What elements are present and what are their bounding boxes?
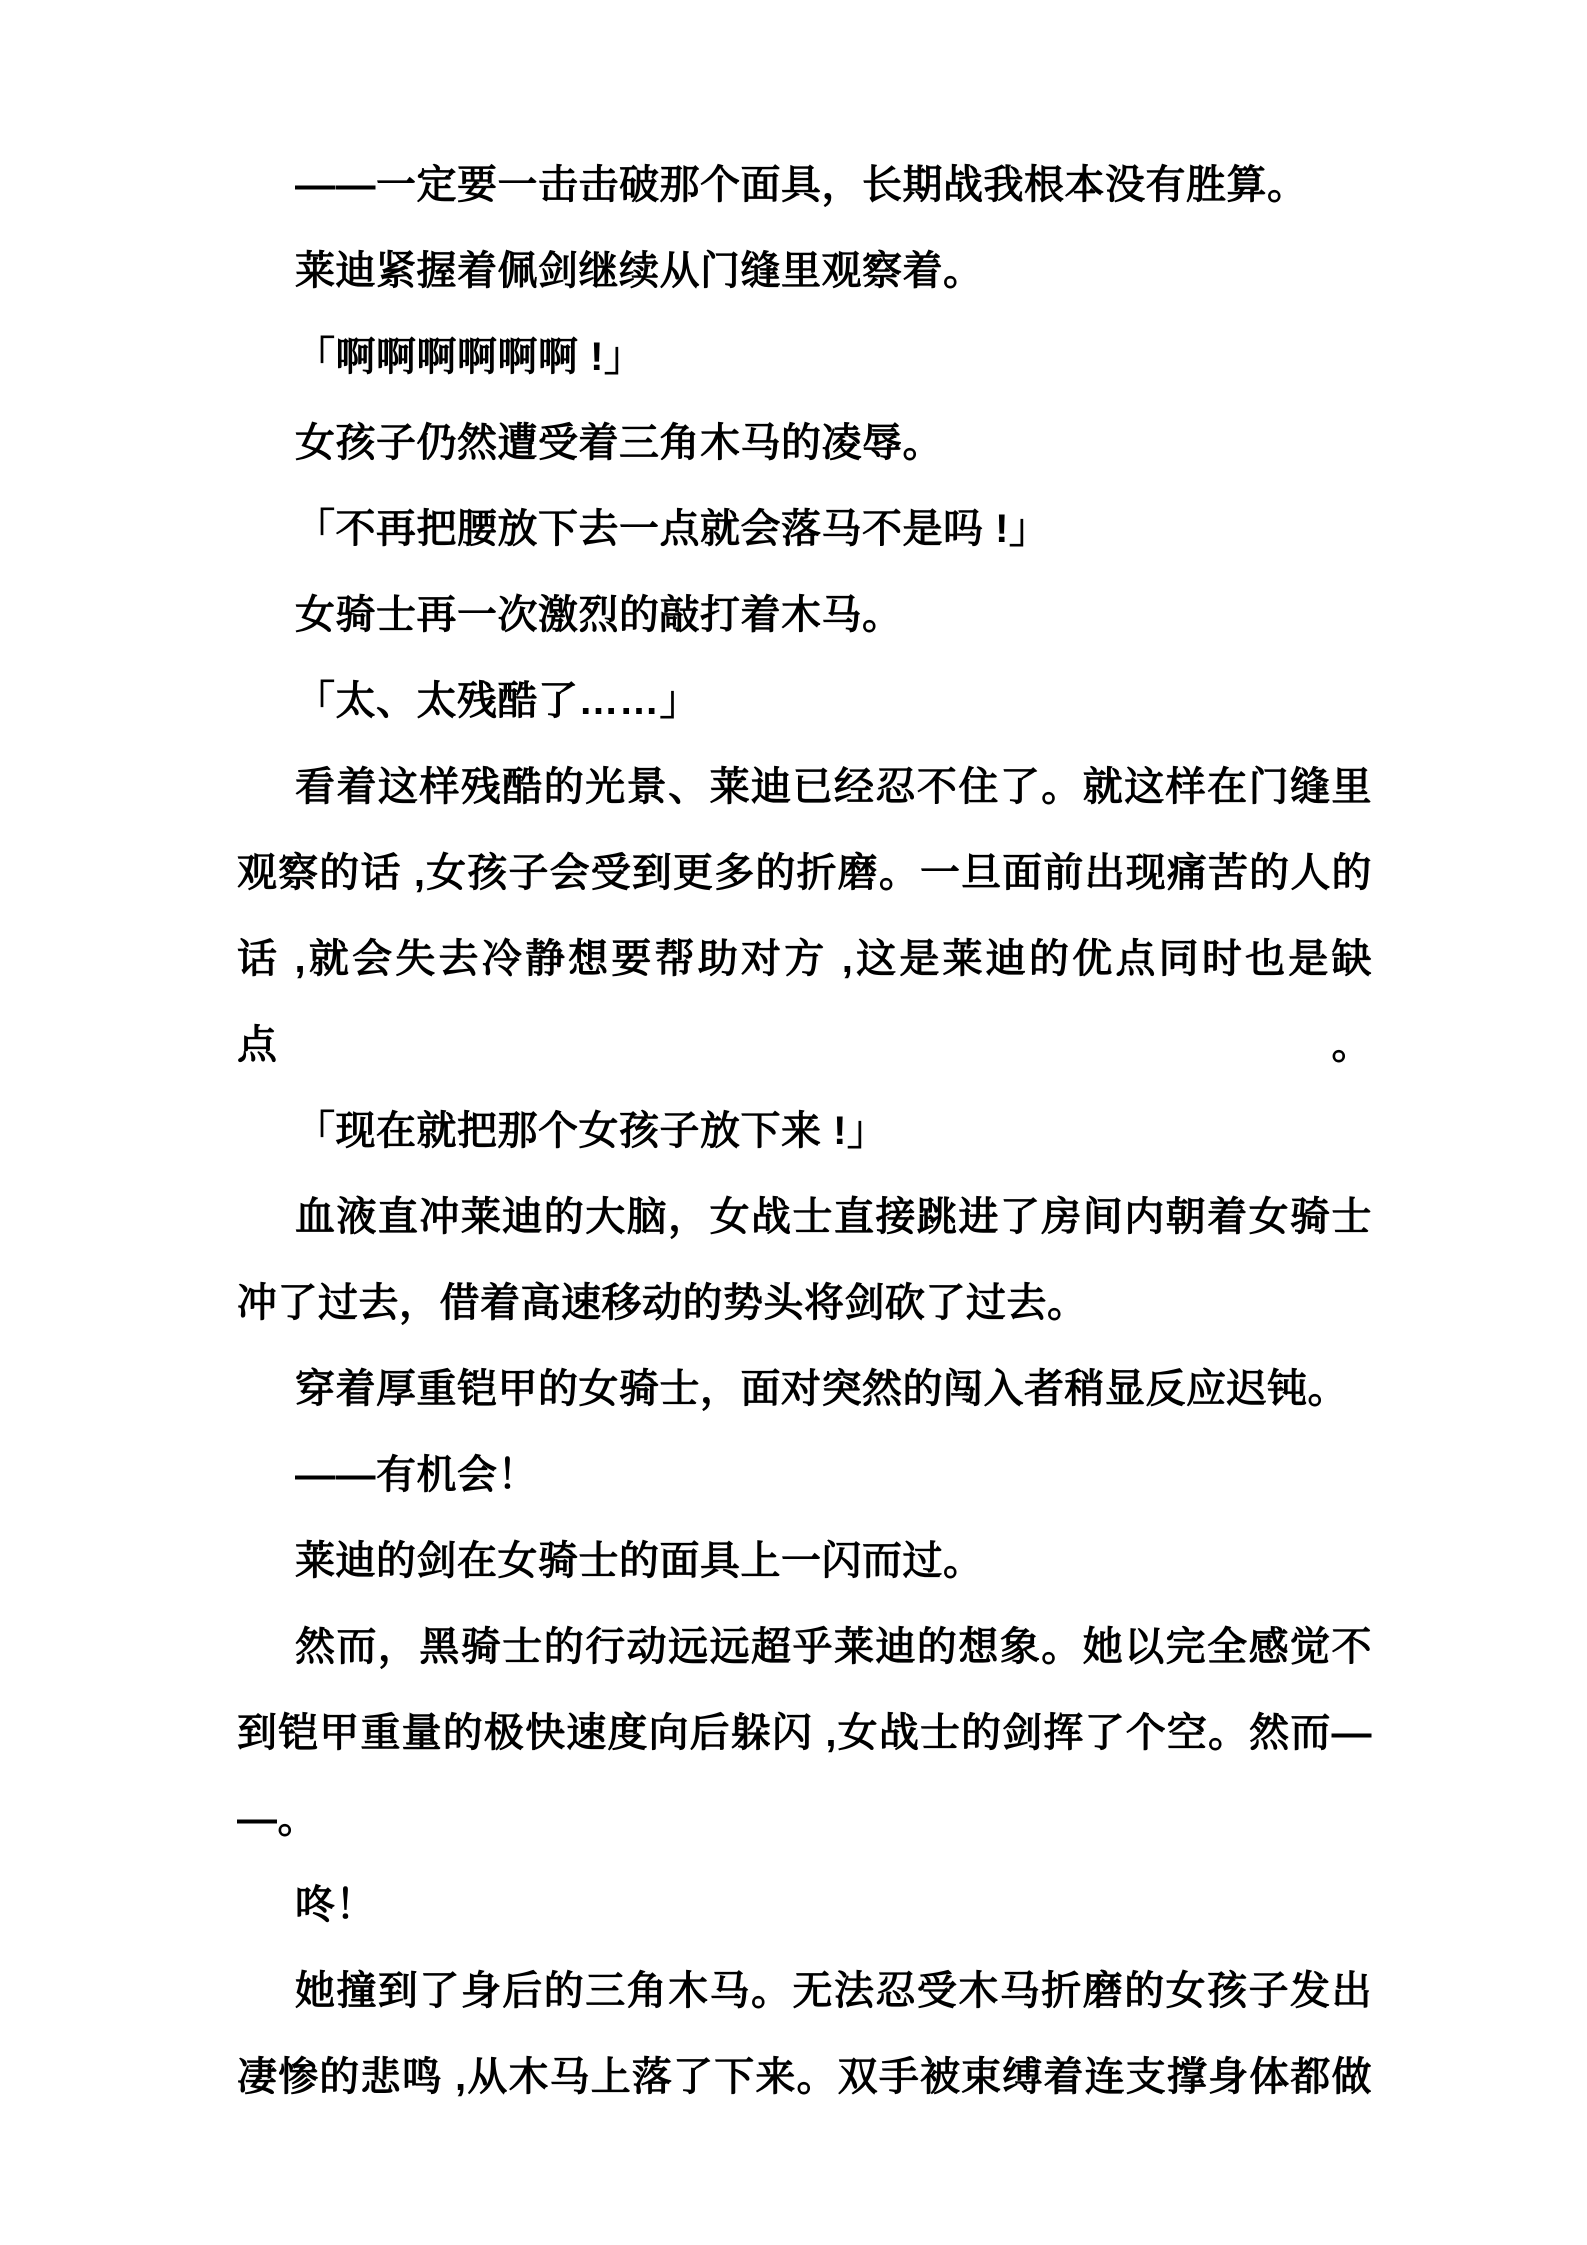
text-line: 「不再把腰放下去一点就会落马不是吗 !」 [237, 486, 1372, 572]
text-line: ——有机会！ [237, 1432, 1372, 1518]
text-line: 到铠甲重量的极快速度向后躲闪 ,女战士的剑挥了个空。然而— [237, 1690, 1372, 1776]
text-line: 凄惨的悲鸣 ,从木马上落了下来。双手被束缚着连支撑身体都做 [237, 2034, 1372, 2120]
text-line: 咚！ [237, 1862, 1372, 1948]
text-line: 「啊啊啊啊啊啊 !」 [237, 314, 1372, 400]
text-line: 莱迪的剑在女骑士的面具上一闪而过。 [237, 1518, 1372, 1604]
text-line: 看着这样残酷的光景、莱迪已经忍不住了。就这样在门缝里 [237, 744, 1372, 830]
text-line: ——一定要一击击破那个面具，长期战我根本没有胜算。 [237, 142, 1372, 228]
text-line: 血液直冲莱迪的大脑，女战士直接跳进了房间内朝着女骑士 [237, 1174, 1372, 1260]
novel-text: ——一定要一击击破那个面具，长期战我根本没有胜算。莱迪紧握着佩剑继续从门缝里观察… [237, 142, 1372, 2120]
text-line: 观察的话 ,女孩子会受到更多的折磨。一旦面前出现痛苦的人的 [237, 830, 1372, 916]
text-line: 莱迪紧握着佩剑继续从门缝里观察着。 [237, 228, 1372, 314]
text-line: 冲了过去，借着高速移动的势头将剑砍了过去。 [237, 1260, 1372, 1346]
text-line: 「太、太残酷了……」 [237, 658, 1372, 744]
text-line: 然而，黑骑士的行动远远超乎莱迪的想象。她以完全感觉不 [237, 1604, 1372, 1690]
text-line: 「现在就把那个女孩子放下来 !」 [237, 1088, 1372, 1174]
novel-page: ——一定要一击击破那个面具，长期战我根本没有胜算。莱迪紧握着佩剑继续从门缝里观察… [0, 0, 1587, 2245]
text-line: 话 ,就会失去冷静想要帮助对方 ,这是莱迪的优点同时也是缺点。 [237, 916, 1372, 1088]
text-line: 她撞到了身后的三角木马。无法忍受木马折磨的女孩子发出 [237, 1948, 1372, 2034]
text-line: —。 [237, 1776, 1372, 1862]
text-line: 女孩子仍然遭受着三角木马的凌辱。 [237, 400, 1372, 486]
text-line: 女骑士再一次激烈的敲打着木马。 [237, 572, 1372, 658]
text-line: 穿着厚重铠甲的女骑士，面对突然的闯入者稍显反应迟钝。 [237, 1346, 1372, 1432]
